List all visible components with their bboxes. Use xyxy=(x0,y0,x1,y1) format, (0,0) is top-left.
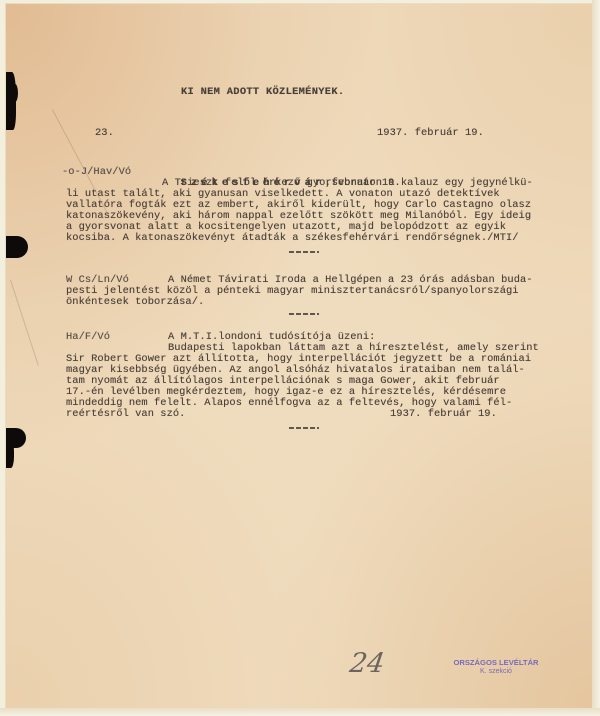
separator-line xyxy=(289,313,319,315)
separator-line xyxy=(289,251,319,253)
item-3-line: Sir Robert Gower azt állította, hogy int… xyxy=(66,354,531,365)
binding-hole-mark xyxy=(6,236,28,258)
item-3-line: 17.-én levélben megkérdeztem, hogy igaz-… xyxy=(66,387,506,398)
item-3-closing-date: 1937. február 19. xyxy=(390,409,497,420)
page-edge-bottom xyxy=(0,708,600,716)
item-1-line: li utast talált, aki gyanusan viselkedet… xyxy=(66,189,500,200)
item-1-line: A Trieszt felől érkező gyorsvonaton a ka… xyxy=(162,178,533,189)
item-3-line: Budapesti lapokban láttam azt a híreszte… xyxy=(168,343,539,354)
item-2-line: önkéntesek toborzása/. xyxy=(66,297,204,308)
separator-line xyxy=(289,427,319,429)
binding-hole-mark xyxy=(6,440,14,468)
item-2-line: pesti jelentést közöl a pénteki magyar m… xyxy=(66,286,519,297)
item-1-line: vallatóra fogták ezt az embert, akiről k… xyxy=(66,200,531,211)
item-3-ref: Ha/F/Vó xyxy=(66,332,110,343)
archive-stamp-line2: K. szekció xyxy=(446,667,546,676)
item-2-line: A Német Távirati Iroda a Hellgépen a 23 … xyxy=(168,275,533,286)
item-3-line: reértésről van szó. xyxy=(66,409,185,420)
page-edge-right xyxy=(592,0,600,716)
item-3-line: tam nyomát az állítólagos interpelláción… xyxy=(66,376,500,387)
document-date: 1937. február 19. xyxy=(377,128,484,139)
archive-stamp-line1: ORSZÁGOS LEVÉLTÁR xyxy=(446,658,546,667)
binding-hole-mark xyxy=(12,84,18,102)
item-1-line: kocsiba. A katonaszökevényt átadták a sz… xyxy=(66,233,519,244)
document-title: KI NEM ADOTT KÖZLEMÉNYEK. xyxy=(181,87,344,98)
document-number: 23. xyxy=(95,128,114,139)
item-3-line: magyar kisebbség ügyében. Az angol alsóh… xyxy=(66,365,525,376)
item-1-ref: -o-J/Hav/Vó xyxy=(62,167,131,178)
item-3-line: mindeddig nem felelt. Alapos ennélfogva … xyxy=(66,398,512,409)
handwritten-page-number: 24 xyxy=(348,648,387,679)
item-3-line: A M.T.I.londoni tudósítója üzeni: xyxy=(168,332,375,343)
item-1-line: a gyorsvonat alatt a kocsitengelyen utaz… xyxy=(66,222,506,233)
item-2-ref: W Cs/Ln/Vó xyxy=(66,275,129,286)
archive-stamp: ORSZÁGOS LEVÉLTÁR K. szekció xyxy=(446,658,546,676)
item-1-line: katonaszökevény, aki három nappal ezelőt… xyxy=(66,211,531,222)
